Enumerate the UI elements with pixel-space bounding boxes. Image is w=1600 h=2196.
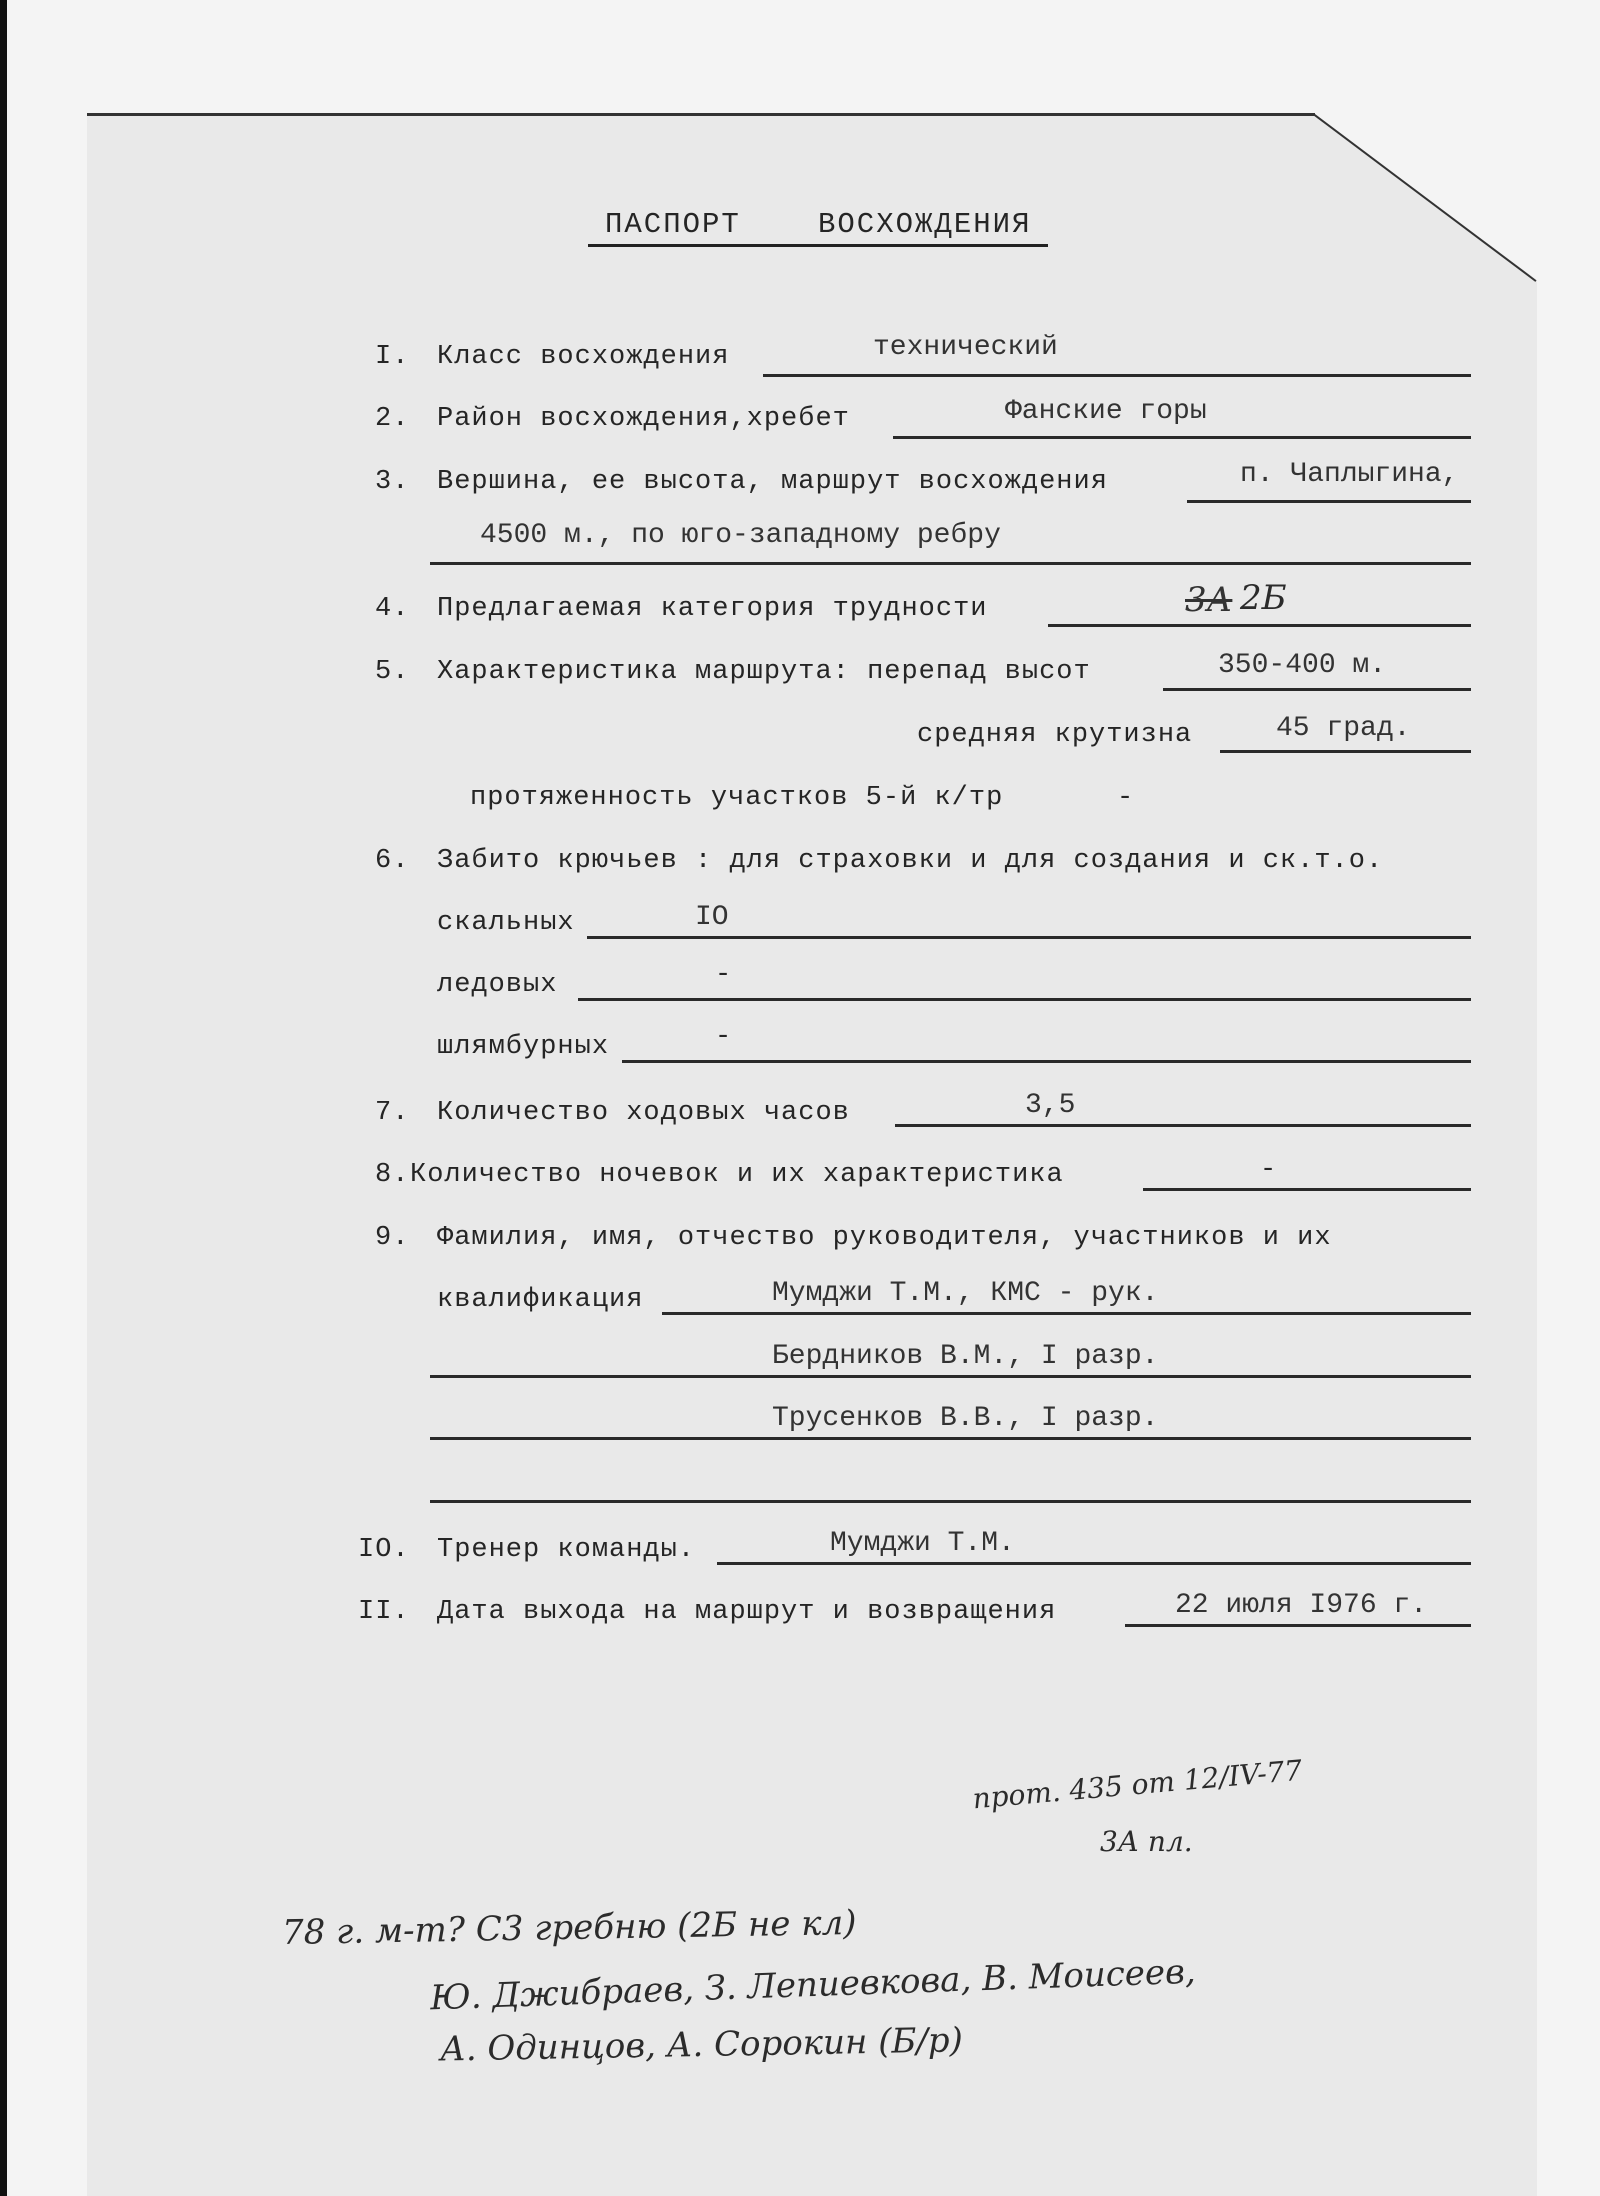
item-4-number: 4. [375, 594, 409, 624]
item-6-label: Забито крючьев : для страховки и для соз… [437, 846, 1383, 876]
title-underline [588, 244, 1048, 247]
item-4-underline [1048, 624, 1471, 627]
item-11-label: Дата выхода на маршрут и возвращения [437, 1597, 1056, 1627]
item-3-value: п. Чаплыгина, [1240, 459, 1458, 490]
item-8-label: Количество ночевок и их характеристика [410, 1160, 1064, 1190]
item-9-underline-2 [430, 1375, 1471, 1378]
item-6-rock-underline [587, 936, 1471, 939]
item-11-value: 22 июля I976 г. [1175, 1590, 1427, 1621]
item-6-ice-value: - [715, 960, 732, 990]
item-3-number: 3. [375, 467, 409, 497]
item-3-value-line2: 4500 м., по юго-западному ребру [480, 520, 1001, 551]
item-7-underline [895, 1124, 1471, 1127]
item-2-number: 2. [375, 404, 409, 434]
item-5-sub-label-1: средняя крутизна [917, 720, 1192, 750]
item-6-bolt-underline [622, 1060, 1471, 1063]
item-9-underline-3 [430, 1437, 1471, 1440]
item-1-number: I. [375, 342, 409, 372]
scan-edge-strip [0, 0, 7, 2196]
item-1-underline [763, 374, 1471, 377]
handwritten-protocol-line2: 3А пл. [1100, 1825, 1193, 1858]
item-1-value: технический [873, 332, 1058, 363]
item-5-sub-label-2: протяженность участков 5-й к/тр [470, 783, 1003, 813]
item-2-label: Район восхождения,хребет [437, 404, 850, 434]
item-4-struck-value: 3А [1185, 580, 1232, 620]
item-10-number: IO. [358, 1535, 410, 1565]
item-2-value: Фанские горы [1005, 396, 1207, 427]
item-11-number: II. [358, 1597, 410, 1627]
item-7-label: Количество ходовых часов [437, 1098, 850, 1128]
item-5-value: 350-400 м. [1218, 650, 1386, 681]
item-8-underline [1143, 1188, 1471, 1191]
item-2-underline [893, 436, 1471, 439]
item-8-number: 8. [375, 1160, 409, 1190]
item-5-sub-underline-1 [1220, 750, 1471, 753]
item-3-underline-2 [430, 562, 1471, 565]
item-9-member-3: Трусенков В.В., I разр. [772, 1403, 1158, 1434]
title-ascent: ВОСХОЖДЕНИЯ [818, 208, 1031, 241]
item-9-underline-4 [430, 1500, 1471, 1503]
item-6-bolt-value: - [715, 1022, 732, 1052]
item-6-ice-underline [578, 998, 1471, 1001]
item-5-underline [1163, 688, 1471, 691]
item-9-underline-1 [662, 1312, 1471, 1315]
item-9-member-1: Мумджи Т.М., КМС - рук. [772, 1278, 1158, 1309]
item-3-label: Вершина, ее высота, маршрут восхождения [437, 467, 1108, 497]
item-3-underline [1187, 500, 1471, 503]
item-8-value: - [1260, 1155, 1277, 1185]
item-9-label: Фамилия, имя, отчество руководителя, уча… [437, 1223, 1332, 1253]
item-9-number: 9. [375, 1223, 409, 1253]
item-6-rock-value: IO [695, 902, 729, 933]
item-1-label: Класс восхождения [437, 342, 729, 372]
item-5-label: Характеристика маршрута: перепад высот [437, 657, 1091, 687]
item-6-ice-label: ледовых [437, 970, 557, 1000]
item-6-number: 6. [375, 846, 409, 876]
item-4-label: Предлагаемая категория трудности [437, 594, 987, 624]
item-9-label-line2: квалификация [437, 1285, 643, 1315]
item-5-number: 5. [375, 657, 409, 687]
item-11-underline [1125, 1624, 1471, 1627]
paper-top-edge [87, 113, 1315, 116]
item-6-bolt-label: шлямбурных [437, 1032, 609, 1062]
item-10-label: Тренер команды. [437, 1535, 695, 1565]
item-7-value: 3,5 [1025, 1090, 1075, 1121]
item-7-number: 7. [375, 1098, 409, 1128]
item-6-rock-label: скальных [437, 908, 575, 938]
item-5-sub-value-1: 45 град. [1276, 713, 1410, 744]
item-10-value: Мумджи Т.М. [830, 1528, 1015, 1559]
item-4-value: 2Б [1240, 578, 1287, 618]
item-10-underline [717, 1562, 1471, 1565]
item-5-sub-value-2: - [1117, 783, 1134, 813]
title-passport: ПАСПОРТ [605, 208, 741, 241]
item-9-member-2: Бердников В.М., I разр. [772, 1341, 1158, 1372]
